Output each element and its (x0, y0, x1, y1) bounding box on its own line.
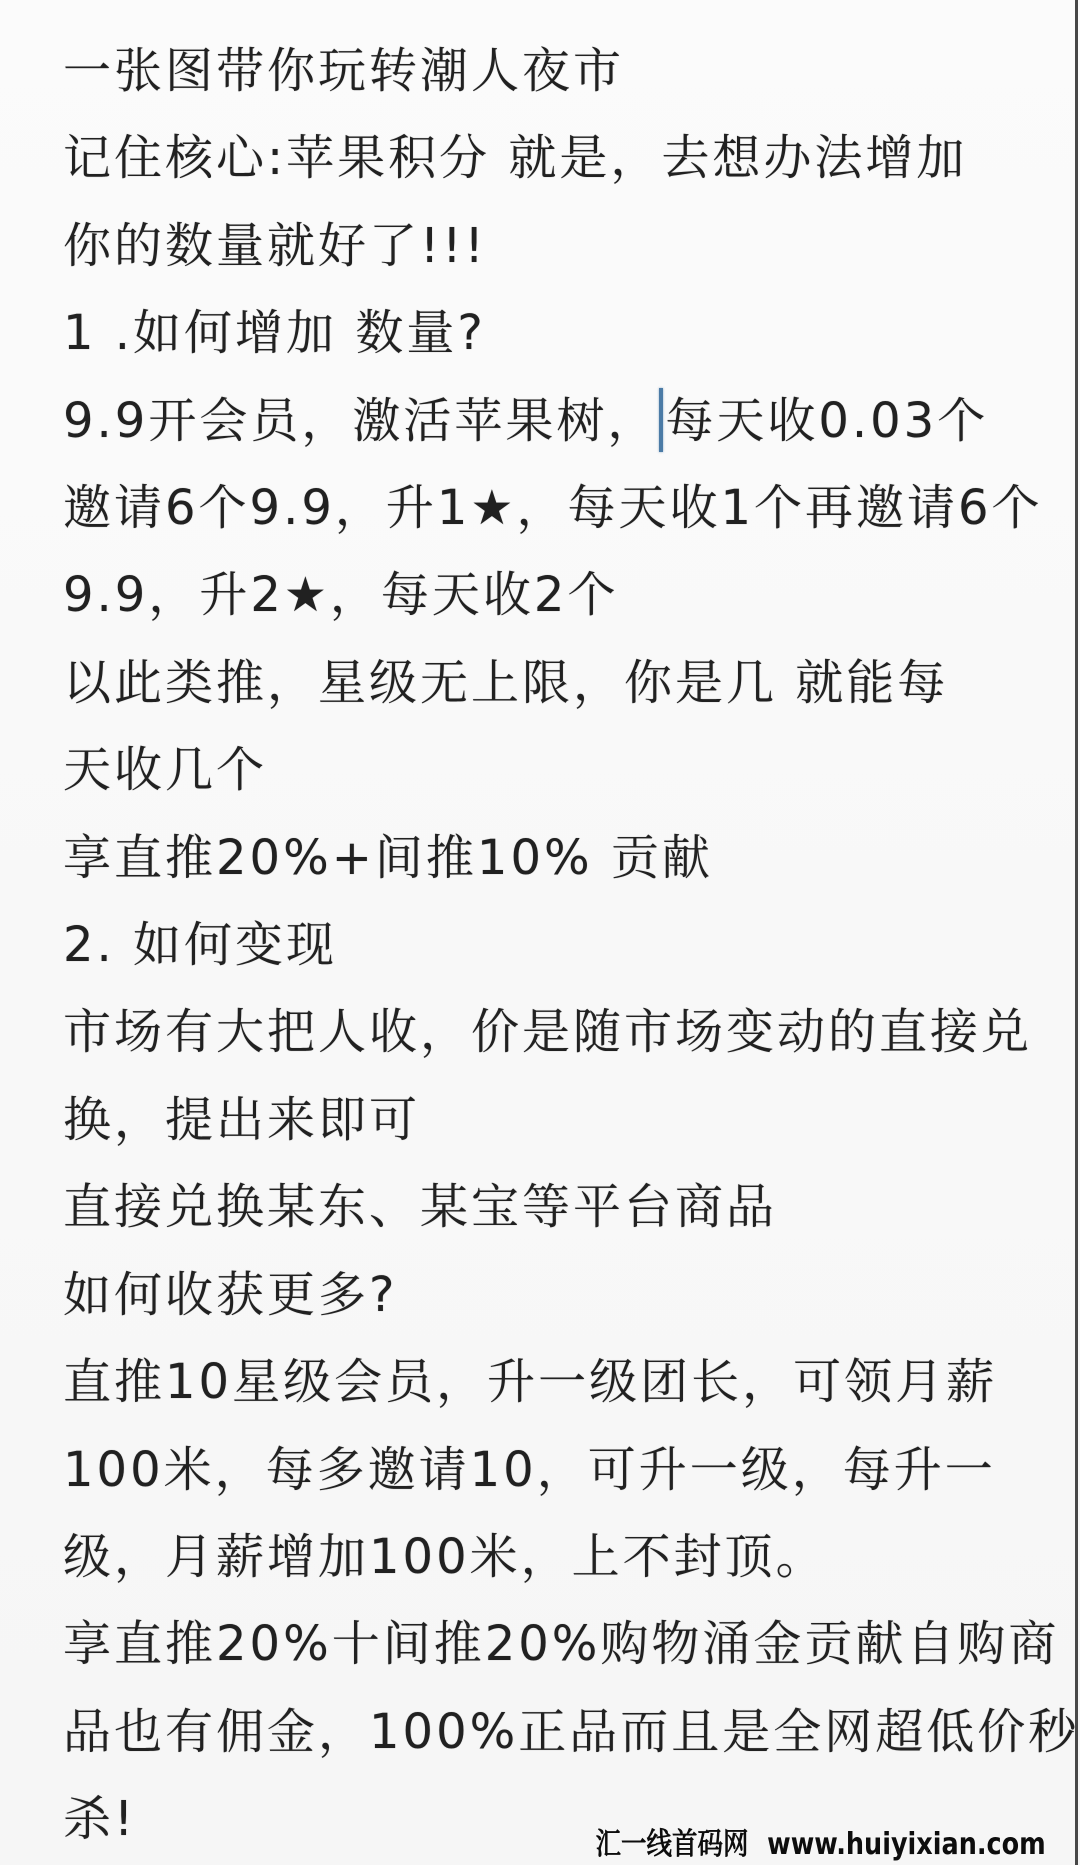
text-segment: 一张图带你玩转潮人夜市 (63, 43, 624, 99)
text-segment: 天收几个 (63, 742, 267, 798)
text-line[interactable]: 享直推20%十间推20%购物涌金贡献自购商 (63, 1601, 1070, 1688)
text-line[interactable]: 市场有大把人收，价是随市场变动的直接兑 (63, 989, 1070, 1076)
text-line[interactable]: 一张图带你玩转潮人夜市 (63, 28, 1070, 115)
watermark: 汇一线首码网www.huiyixian.com (596, 1819, 1046, 1863)
text-segment: 100米，每多邀请10，可升一级，每升一 (63, 1442, 996, 1498)
text-line[interactable]: 级，月薪增加100米，上不封顶。 (63, 1514, 1070, 1601)
text-line[interactable]: 2. 如何变现 (63, 902, 1070, 989)
watermark-site-name: 汇一线首码网 (596, 1827, 749, 1862)
text-line[interactable]: 如何收获更多? (63, 1252, 1070, 1339)
text-segment: 如何收获更多? (63, 1267, 397, 1323)
text-line[interactable]: 1 .如何增加 数量? (63, 290, 1070, 377)
text-line[interactable]: 直推10星级会员，升一级团长，可领月薪 (63, 1339, 1070, 1426)
note-text-area[interactable]: 一张图带你玩转潮人夜市记住核心:苹果积分 就是，去想办法增加你的数量就好了!!!… (63, 28, 1070, 1864)
text-cursor (659, 388, 663, 452)
right-edge-line (1075, 0, 1078, 1865)
text-segment: 享直推20%+间推10% 贡献 (63, 830, 713, 886)
text-segment: 9.9，升2★，每天收2个 (63, 567, 618, 623)
text-segment: 1 .如何增加 数量? (63, 305, 486, 361)
text-segment: 9.9开会员，激活苹果树， (63, 393, 658, 449)
text-line[interactable]: 邀请6个9.9，升1★，每天收1个再邀请6个 (63, 465, 1070, 552)
text-line[interactable]: 品也有佣金，100%正品而且是全网超低价秒 (63, 1689, 1070, 1776)
text-line[interactable]: 记住核心:苹果积分 就是，去想办法增加 (63, 115, 1070, 202)
text-line[interactable]: 100米，每多邀请10，可升一级，每升一 (63, 1427, 1070, 1514)
text-segment: 以此类推，星级无上限，你是几 就能每 (63, 655, 948, 711)
text-segment: 换，提出来即可 (63, 1092, 420, 1148)
text-segment: 直接兑换某东、某宝等平台商品 (63, 1179, 777, 1235)
text-segment: 记住核心:苹果积分 就是，去想办法增加 (63, 130, 967, 186)
text-segment: 你的数量就好了!!! (63, 218, 487, 274)
text-line[interactable]: 换，提出来即可 (63, 1077, 1070, 1164)
text-line[interactable]: 以此类推，星级无上限，你是几 就能每 (63, 640, 1070, 727)
text-line[interactable]: 天收几个 (63, 727, 1070, 814)
text-segment: 2. 如何变现 (63, 917, 337, 973)
text-segment: 直推10星级会员，升一级团长，可领月薪 (63, 1354, 997, 1410)
text-line[interactable]: 9.9，升2★，每天收2个 (63, 552, 1070, 639)
text-segment: 邀请6个9.9，升1★，每天收1个再邀请6个 (63, 480, 1043, 536)
text-segment: 每天收0.03个 (665, 393, 988, 449)
text-line[interactable]: 享直推20%+间推10% 贡献 (63, 815, 1070, 902)
text-segment: 品也有佣金，100%正品而且是全网超低价秒 (63, 1704, 1079, 1760)
text-line[interactable]: 你的数量就好了!!! (63, 203, 1070, 290)
text-segment: 享直推20%十间推20%购物涌金贡献自购商 (63, 1616, 1059, 1672)
text-line[interactable]: 9.9开会员，激活苹果树，每天收0.03个 (63, 378, 1070, 465)
text-segment: 杀! (63, 1791, 136, 1847)
text-segment: 级，月薪增加100米，上不封顶。 (63, 1529, 827, 1585)
watermark-url: www.huiyixian.com (767, 1827, 1046, 1862)
text-line[interactable]: 直接兑换某东、某宝等平台商品 (63, 1164, 1070, 1251)
text-segment: 市场有大把人收，价是随市场变动的直接兑 (63, 1004, 1032, 1060)
